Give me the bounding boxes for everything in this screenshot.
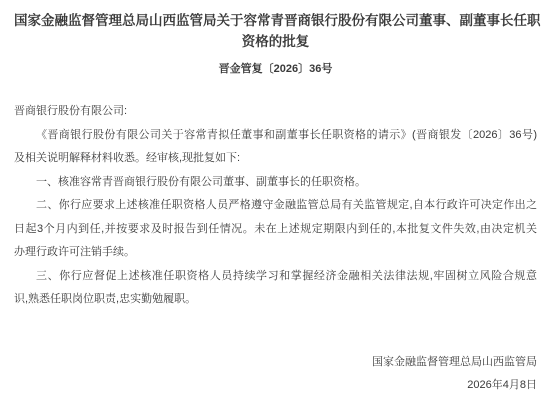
document-page: 国家金融监督管理总局山西监管局关于容常青晋商银行股份有限公司董事、副董事长任职 … bbox=[0, 0, 550, 399]
item-2-line-2: 日起3个月内到任,并按要求及时报告到任情况。未在上述规定期限内到任的,本批复文件… bbox=[14, 218, 537, 242]
item-3-line-2: 识,熟悉任职岗位职责,忠实勤勉履职。 bbox=[14, 288, 537, 312]
document-title: 国家金融监督管理总局山西监管局关于容常青晋商银行股份有限公司董事、副董事长任职 … bbox=[14, 10, 537, 52]
issuer-name: 国家金融监督管理总局山西监管局 bbox=[14, 351, 537, 375]
document-title-line-1: 国家金融监督管理总局山西监管局关于容常青晋商银行股份有限公司董事、副董事长任职 bbox=[14, 10, 537, 31]
document-title-line-2: 资格的批复 bbox=[14, 31, 537, 52]
signature-block: 国家金融监督管理总局山西监管局 2026年4月8日 bbox=[14, 351, 537, 398]
item-3-line-1: 三、你行应督促上述核准任职资格人员持续学习和掌握经济金融相关法律法规,牢固树立风… bbox=[14, 265, 537, 289]
document-body: 晋商银行股份有限公司: 《晋商银行股份有限公司关于容常青拟任董事和副董事长任职资… bbox=[14, 100, 537, 312]
reference-line-2: 及相关说明解释材料收悉。经审核,现批复如下: bbox=[14, 147, 537, 171]
reference-line-1: 《晋商银行股份有限公司关于容常青拟任董事和副董事长任职资格的请示》(晋商银发〔2… bbox=[14, 124, 537, 148]
item-2-line-1: 二、你行应要求上述核准任职资格人员严格遵守金融监管总局有关监管规定,自本行政许可… bbox=[14, 194, 537, 218]
salutation-line: 晋商银行股份有限公司: bbox=[14, 100, 537, 124]
item-2-line-3: 办理行政许可注销手续。 bbox=[14, 241, 537, 265]
document-number: 晋金管复〔2026〕36号 bbox=[14, 61, 537, 77]
item-1-line: 一、核准容常青晋商银行股份有限公司董事、副董事长的任职资格。 bbox=[14, 171, 537, 195]
issue-date: 2026年4月8日 bbox=[14, 374, 537, 398]
